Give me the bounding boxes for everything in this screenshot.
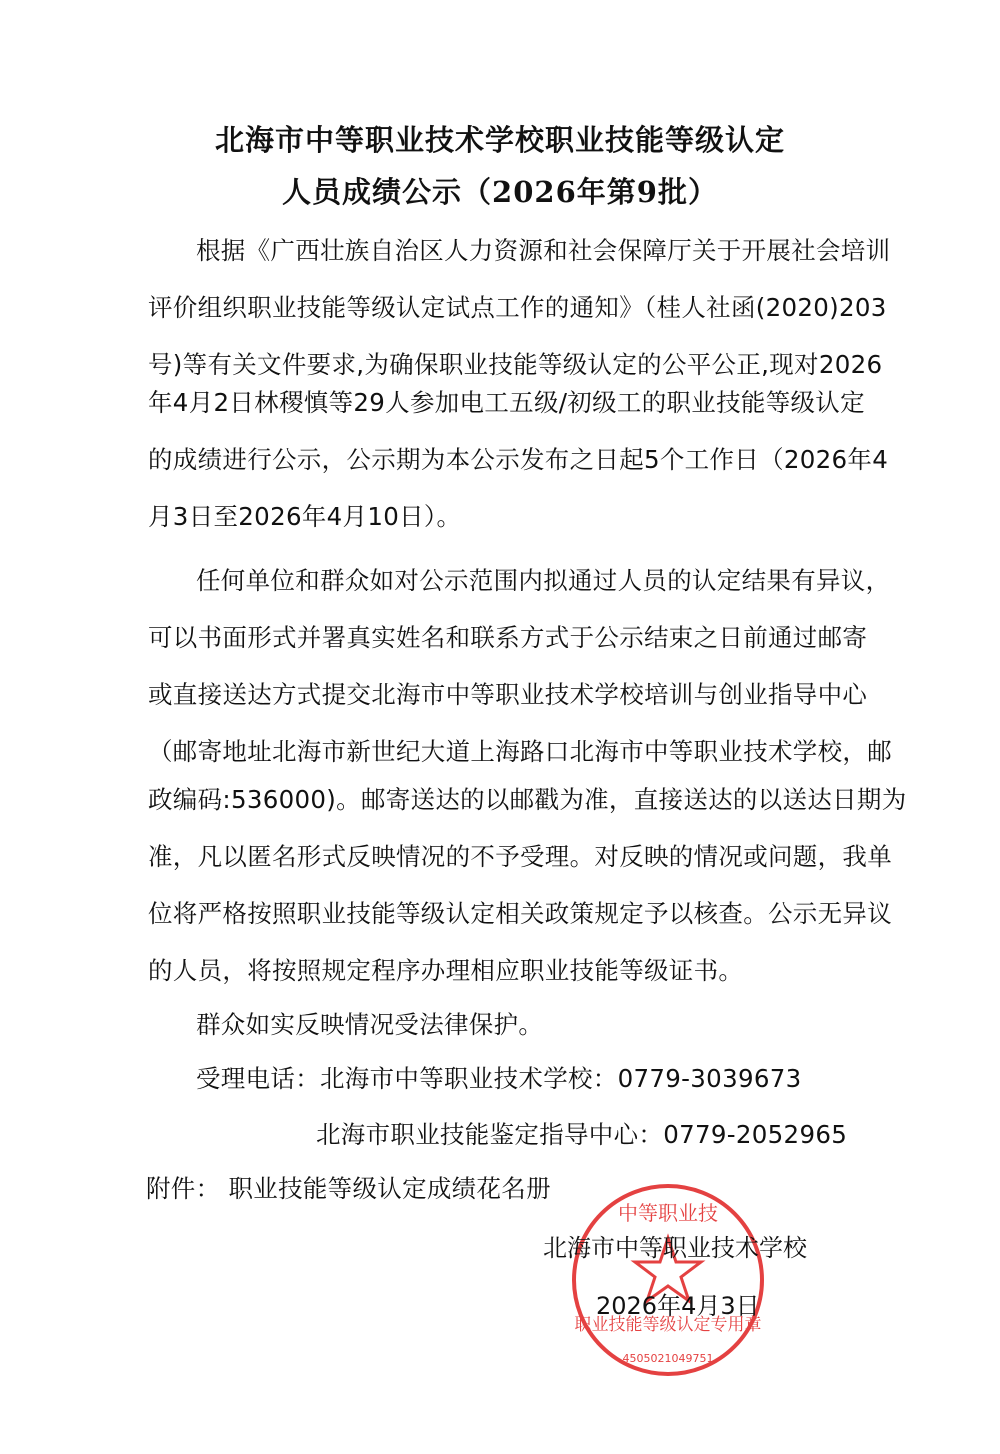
text-line: 可以书面形式并署真实姓名和联系方式于公示结束之日前通过邮寄 [148,619,868,654]
text-line: 准，凡以匿名形式反映情况的不予受理。对反映的情况或问题，我单 [148,838,868,873]
phone-line-center: 北海市职业技能鉴定指导中心：0779-2052965 [316,1116,1000,1151]
official-seal-icon: 职业技能等级认定专用章 4505021049751 中等职业技 [568,1180,768,1380]
text-line: 根据《广西壮族自治区人力资源和社会保障厅关于开展社会培训 [196,232,916,267]
text-line: 的成绩进行公示，公示期为本公示发布之日起5个工作日（2026年4 [148,441,868,476]
signature-date: 2026年4月3日 [596,1286,760,1321]
svg-text:4505021049751: 4505021049751 [623,1352,714,1365]
text-line: 号)等有关文件要求,为确保职业技能等级认定的公平公正,现对2026 [148,346,868,381]
svg-text:中等职业技: 中等职业技 [618,1201,718,1225]
signature-organization: 北海市中等职业技术学校 [543,1228,807,1263]
text-line: 月3日至2026年4月10日）。 [148,498,868,533]
text-line: 的人员，将按照规定程序办理相应职业技能等级证书。 [148,952,868,987]
phone-line-school: 受理电话：北海市中等职业技术学校：0779-3039673 [196,1060,916,1095]
text-line: 位将严格按照职业技能等级认定相关政策规定予以核查。公示无异议 [148,895,868,930]
text-line: 年4月2日林稷慎等29人参加电工五级/初级工的职业技能等级认定 [148,384,868,419]
page-title-line-2: 人员成绩公示（2026年第9批） [0,170,1000,211]
text-line: 或直接送达方式提交北海市中等职业技术学校培训与创业指导中心 [148,676,868,711]
text-line: 政编码:536000)。邮寄送达的以邮戳为准，直接送达的以送达日期为 [148,781,868,816]
page-title-line-1: 北海市中等职业技术学校职业技能等级认定 [0,118,1000,159]
paragraph-3: 群众如实反映情况受法律保护。 [196,1006,916,1041]
text-line: 任何单位和群众如对公示范围内拟通过人员的认定结果有异议， [196,562,916,597]
text-line: （邮寄地址北海市新世纪大道上海路口北海市中等职业技术学校，邮 [148,733,868,768]
text-line: 评价组织职业技能等级认定试点工作的通知》（桂人社函(2020)203 [148,289,868,324]
